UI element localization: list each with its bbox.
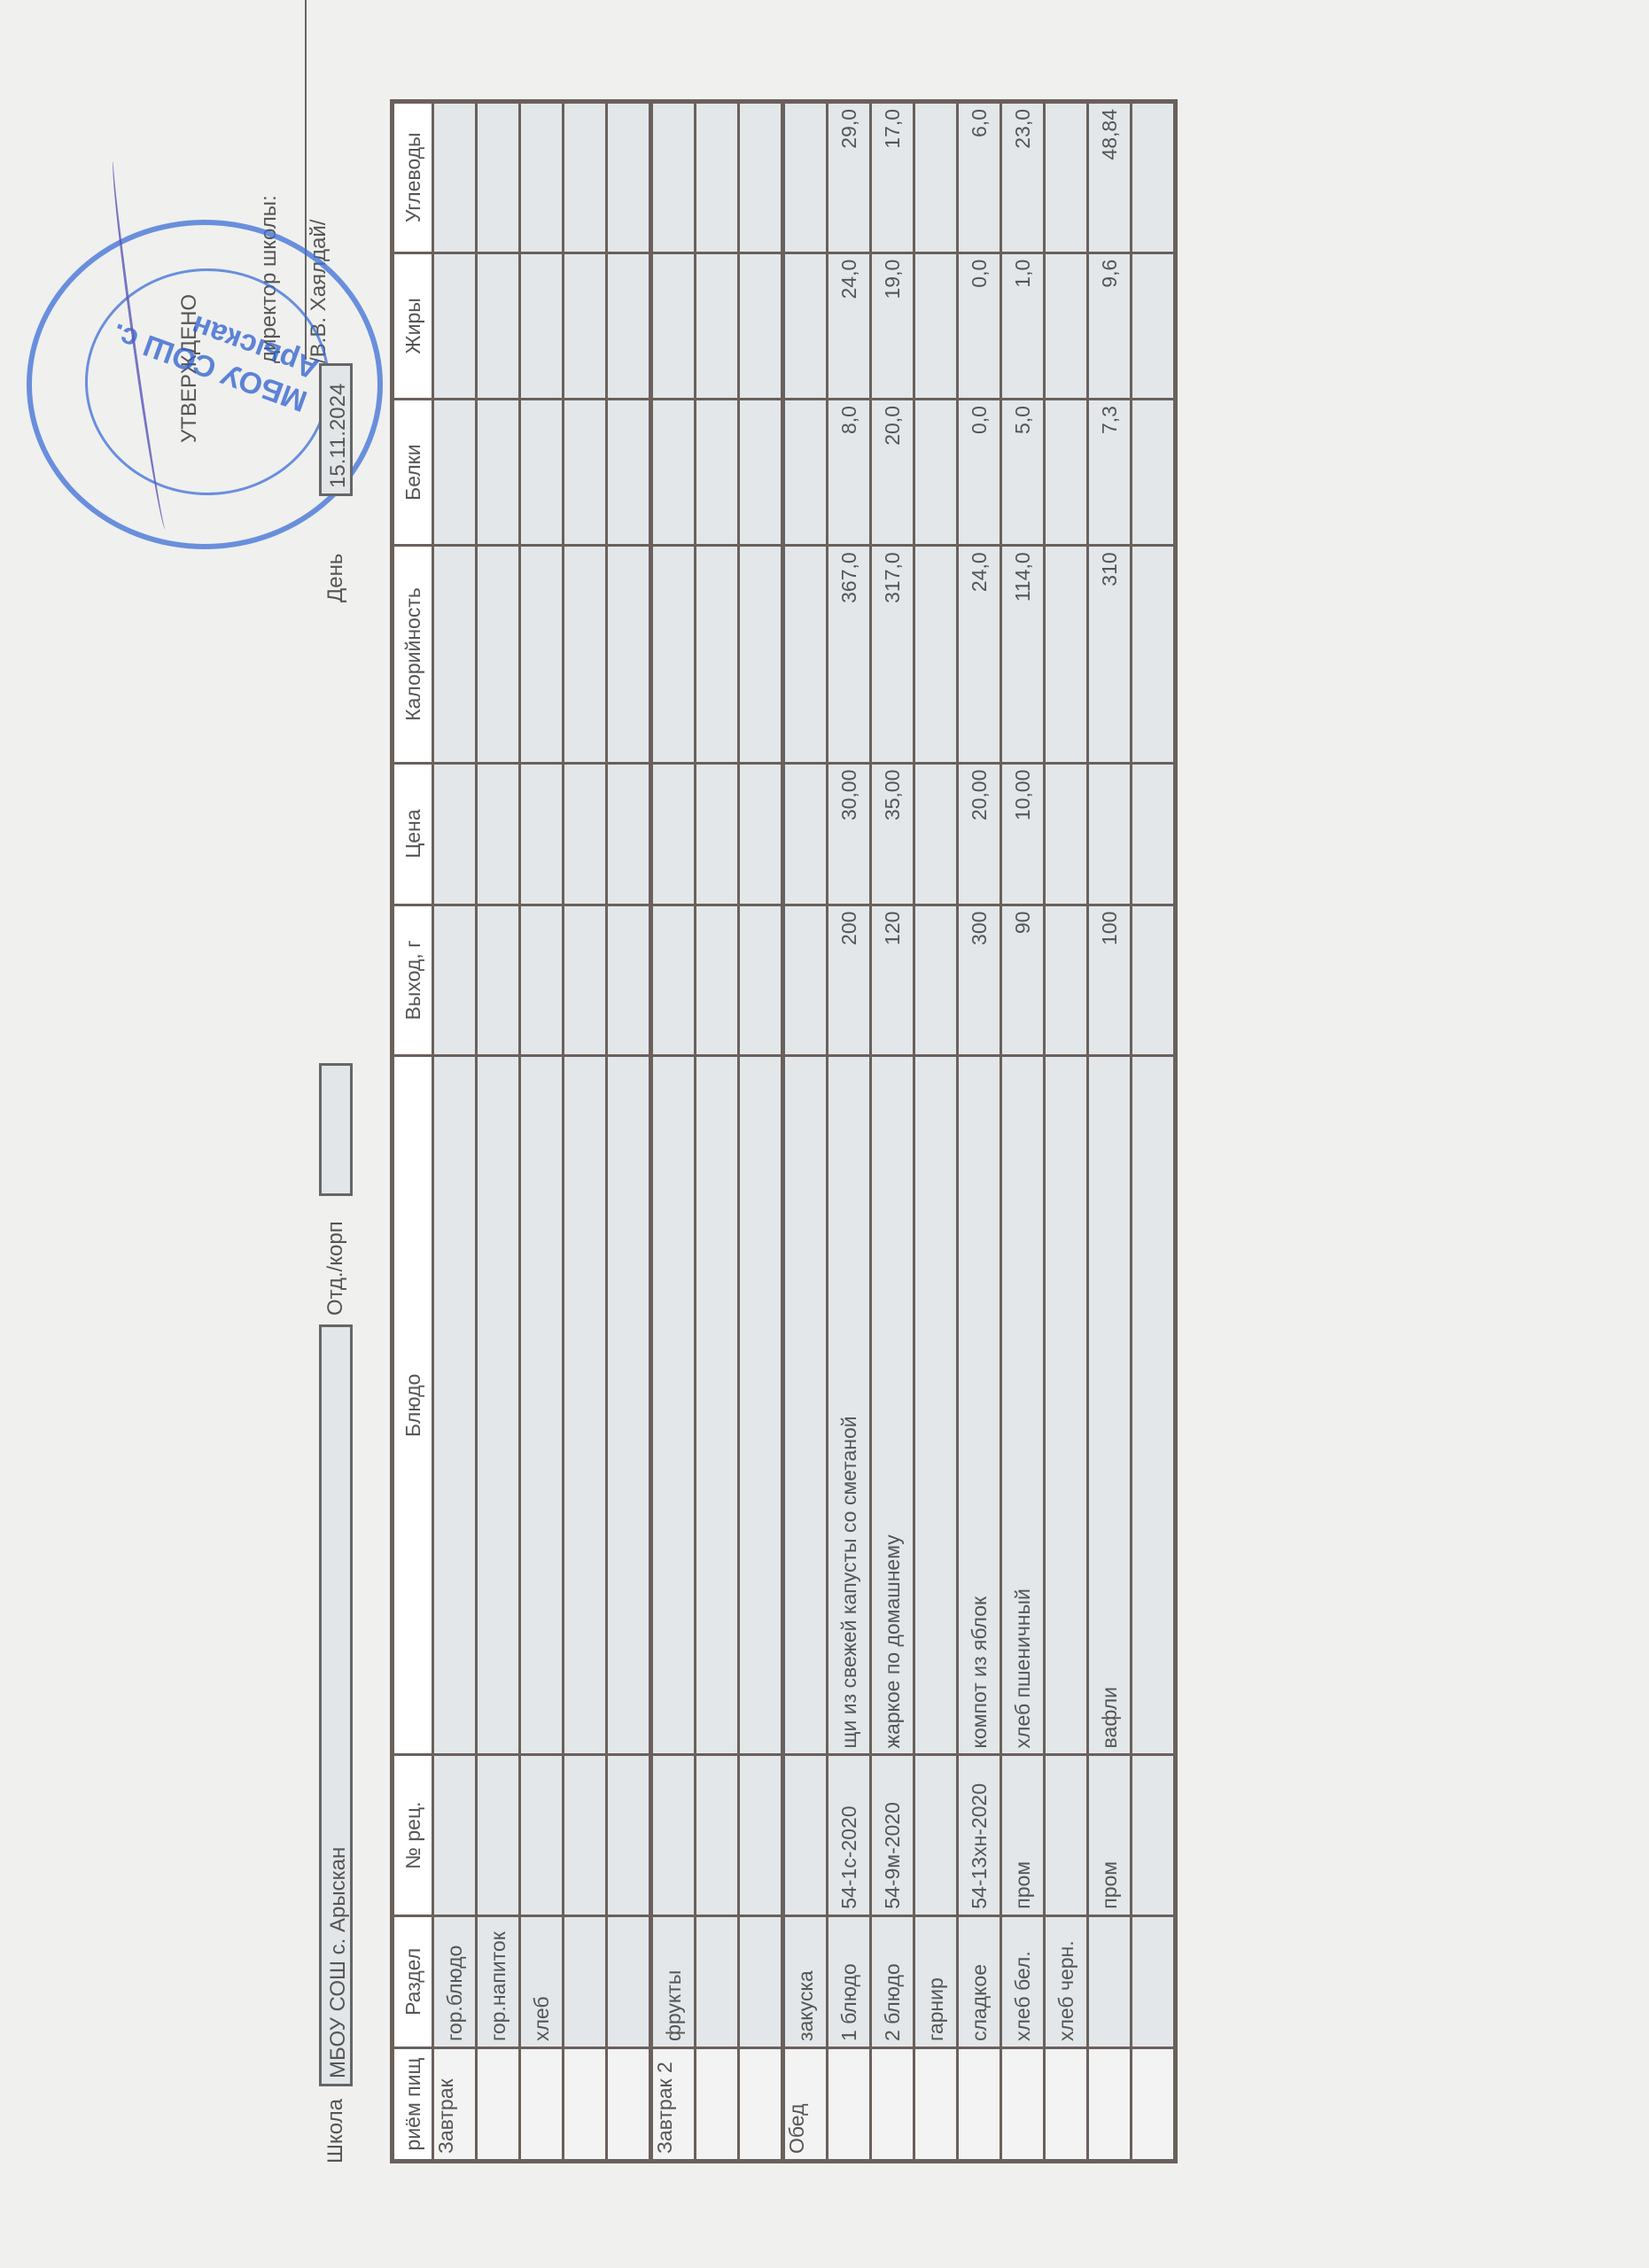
protein-cell[interactable]: 7,3 — [1088, 400, 1132, 546]
branch-label: Отд./корп — [323, 1221, 348, 1316]
protein-cell[interactable] — [1045, 400, 1088, 546]
price-cell[interactable] — [477, 763, 520, 905]
table-row: сладкое54-13хн-2020компот из яблок30020,… — [958, 102, 1001, 2162]
recipe-cell[interactable] — [783, 1755, 828, 1915]
price-cell[interactable]: 35,00 — [871, 763, 914, 905]
dish-cell[interactable] — [696, 1056, 739, 1755]
column-header: Жиры — [393, 252, 433, 399]
price-cell[interactable] — [783, 763, 828, 905]
section-cell[interactable]: фрукты — [651, 1915, 696, 2047]
meal-cell: Завтрак — [433, 2048, 477, 2162]
price-cell[interactable]: 30,00 — [828, 763, 871, 905]
kcal-cell[interactable]: 114,0 — [1001, 546, 1045, 763]
dish-cell[interactable] — [914, 1056, 958, 1755]
recipe-cell[interactable]: 54-9м-2020 — [871, 1755, 914, 1915]
section-cell[interactable] — [739, 1915, 783, 2047]
yield-cell[interactable]: 300 — [958, 905, 1001, 1056]
section-cell[interactable] — [564, 1915, 607, 2047]
kcal-cell[interactable] — [564, 546, 607, 763]
recipe-cell[interactable] — [1132, 1755, 1176, 1915]
kcal-cell[interactable]: 367,0 — [828, 546, 871, 763]
recipe-cell[interactable] — [739, 1755, 783, 1915]
kcal-cell[interactable] — [914, 546, 958, 763]
table-row — [696, 102, 739, 2162]
carbs-cell[interactable] — [783, 102, 828, 253]
column-header: Блюдо — [393, 1056, 433, 1755]
carbs-cell[interactable] — [914, 102, 958, 253]
kcal-cell[interactable]: 310 — [1088, 546, 1132, 763]
price-cell[interactable] — [696, 763, 739, 905]
section-cell[interactable]: 1 блюдо — [828, 1915, 871, 2047]
section-cell[interactable]: гарнир — [914, 1915, 958, 2047]
column-header: № рец. — [393, 1755, 433, 1915]
fat-cell[interactable] — [607, 252, 651, 399]
section-cell[interactable] — [1088, 1915, 1132, 2047]
fat-cell[interactable] — [1045, 252, 1088, 399]
yield-cell[interactable] — [1132, 905, 1176, 1056]
kcal-cell[interactable] — [433, 546, 477, 763]
fat-cell[interactable]: 19,0 — [871, 252, 914, 399]
price-cell[interactable] — [1045, 763, 1088, 905]
price-cell[interactable] — [739, 763, 783, 905]
recipe-cell[interactable] — [914, 1755, 958, 1915]
yield-cell[interactable] — [433, 905, 477, 1056]
section-cell[interactable] — [607, 1915, 651, 2047]
protein-cell[interactable] — [607, 400, 651, 546]
kcal-cell[interactable] — [1045, 546, 1088, 763]
price-cell[interactable]: 20,00 — [958, 763, 1001, 905]
dish-cell[interactable] — [783, 1056, 828, 1755]
table-row: 1 блюдо54-1с-2020щи из свежей капусты со… — [828, 102, 871, 2162]
section-cell[interactable]: сладкое — [958, 1915, 1001, 2047]
carbs-cell[interactable] — [651, 102, 696, 253]
kcal-cell[interactable] — [477, 546, 520, 763]
yield-cell[interactable] — [520, 905, 564, 1056]
table-row: хлеб — [520, 102, 564, 2162]
carbs-cell[interactable] — [433, 102, 477, 253]
carbs-cell[interactable]: 23,0 — [1001, 102, 1045, 253]
dish-cell[interactable]: щи из свежей капусты со сметаной — [828, 1056, 871, 1755]
protein-cell[interactable]: 0,0 — [958, 400, 1001, 546]
yield-cell[interactable] — [696, 905, 739, 1056]
meal-cell — [914, 2048, 958, 2162]
meal-cell — [607, 2048, 651, 2162]
table-row: хлеб бел.промхлеб пшеничный9010,00114,05… — [1001, 102, 1045, 2162]
dish-cell[interactable] — [1045, 1056, 1088, 1755]
recipe-cell[interactable] — [520, 1755, 564, 1915]
price-cell[interactable] — [1088, 763, 1132, 905]
table-row: Завтрак 2фрукты — [651, 102, 696, 2162]
section-cell[interactable]: хлеб бел. — [1001, 1915, 1045, 2047]
yield-cell[interactable] — [477, 905, 520, 1056]
meal-cell — [1001, 2048, 1045, 2162]
dish-cell[interactable]: хлеб пшеничный — [1001, 1056, 1045, 1755]
recipe-cell[interactable]: пром — [1001, 1755, 1045, 1915]
yield-cell[interactable] — [1045, 905, 1088, 1056]
kcal-cell[interactable] — [651, 546, 696, 763]
dish-cell[interactable] — [1132, 1056, 1176, 1755]
carbs-cell[interactable] — [477, 102, 520, 253]
recipe-cell[interactable] — [607, 1755, 651, 1915]
table-row: гор.напиток — [477, 102, 520, 2162]
price-cell[interactable] — [914, 763, 958, 905]
carbs-cell[interactable]: 17,0 — [871, 102, 914, 253]
fat-cell[interactable]: 9,6 — [1088, 252, 1132, 399]
document-sheet: УТВЕРЖДЕНО директор школы:/В.В. Хаялдай/… — [0, 0, 1649, 2268]
yield-cell[interactable]: 200 — [828, 905, 871, 1056]
recipe-cell[interactable] — [564, 1755, 607, 1915]
kcal-cell[interactable]: 317,0 — [871, 546, 914, 763]
meal-cell — [1088, 2048, 1132, 2162]
meal-cell — [871, 2048, 914, 2162]
section-cell[interactable]: гор.напиток — [477, 1915, 520, 2047]
fat-cell[interactable]: 24,0 — [828, 252, 871, 399]
kcal-cell[interactable] — [696, 546, 739, 763]
carbs-cell[interactable]: 48,84 — [1088, 102, 1132, 253]
price-cell[interactable] — [433, 763, 477, 905]
fat-cell[interactable] — [739, 252, 783, 399]
table-row — [1132, 102, 1176, 2162]
dish-cell[interactable] — [564, 1056, 607, 1755]
meal-cell — [477, 2048, 520, 2162]
recipe-cell[interactable]: 54-1с-2020 — [828, 1755, 871, 1915]
day-field[interactable]: 15.11.2024 — [319, 363, 353, 496]
recipe-cell[interactable] — [433, 1755, 477, 1915]
meal-cell: Завтрак 2 — [651, 2048, 696, 2162]
day-label: День — [323, 554, 348, 602]
price-cell[interactable] — [651, 763, 696, 905]
column-header: Углеводы — [393, 102, 433, 253]
carbs-cell[interactable]: 29,0 — [828, 102, 871, 253]
yield-cell[interactable]: 90 — [1001, 905, 1045, 1056]
fat-cell[interactable] — [433, 252, 477, 399]
fat-cell[interactable] — [1132, 252, 1176, 399]
protein-cell[interactable] — [783, 400, 828, 546]
meal-cell — [564, 2048, 607, 2162]
meal-cell — [1132, 2048, 1176, 2162]
carbs-cell[interactable] — [1045, 102, 1088, 253]
fat-cell[interactable] — [651, 252, 696, 399]
protein-cell[interactable] — [696, 400, 739, 546]
dish-cell[interactable] — [433, 1056, 477, 1755]
carbs-cell[interactable] — [607, 102, 651, 253]
table-row: Обедзакуска — [783, 102, 828, 2162]
protein-cell[interactable]: 5,0 — [1001, 400, 1045, 546]
protein-cell[interactable] — [739, 400, 783, 546]
fat-cell[interactable] — [564, 252, 607, 399]
section-cell[interactable] — [1132, 1915, 1176, 2047]
fat-cell[interactable] — [477, 252, 520, 399]
yield-cell[interactable] — [914, 905, 958, 1056]
protein-cell[interactable] — [477, 400, 520, 546]
dish-cell[interactable]: жаркое по домашнему — [871, 1056, 914, 1755]
dish-cell[interactable] — [651, 1056, 696, 1755]
yield-cell[interactable]: 100 — [1088, 905, 1132, 1056]
meal-cell — [1045, 2048, 1088, 2162]
recipe-cell[interactable] — [696, 1755, 739, 1915]
price-cell[interactable] — [520, 763, 564, 905]
table-row: Завтракгор.блюдо — [433, 102, 477, 2162]
dish-cell[interactable]: компот из яблок — [958, 1056, 1001, 1755]
recipe-cell[interactable] — [477, 1755, 520, 1915]
yield-cell[interactable] — [651, 905, 696, 1056]
protein-cell[interactable] — [520, 400, 564, 546]
kcal-cell[interactable] — [607, 546, 651, 763]
recipe-cell[interactable] — [651, 1755, 696, 1915]
protein-cell[interactable] — [651, 400, 696, 546]
yield-cell[interactable] — [564, 905, 607, 1056]
carbs-cell[interactable] — [520, 102, 564, 253]
yield-cell[interactable]: 120 — [871, 905, 914, 1056]
meal-cell — [828, 2048, 871, 2162]
section-cell[interactable]: 2 блюдо — [871, 1915, 914, 2047]
column-header: риём пищ — [393, 2048, 433, 2162]
recipe-cell[interactable]: 54-13хн-2020 — [958, 1755, 1001, 1915]
protein-cell[interactable] — [1132, 400, 1176, 546]
fat-cell[interactable] — [696, 252, 739, 399]
table-row — [607, 102, 651, 2162]
meal-cell: Обед — [783, 2048, 828, 2162]
section-cell[interactable]: закуска — [783, 1915, 828, 2047]
table-row: промвафли1003107,39,648,84 — [1088, 102, 1132, 2162]
branch-field[interactable] — [319, 1063, 353, 1196]
section-cell[interactable]: хлеб черн. — [1045, 1915, 1088, 2047]
dish-cell[interactable]: вафли — [1088, 1056, 1132, 1755]
carbs-cell[interactable] — [696, 102, 739, 253]
section-cell[interactable]: хлеб — [520, 1915, 564, 2047]
kcal-cell[interactable] — [739, 546, 783, 763]
dish-cell[interactable] — [477, 1056, 520, 1755]
yield-cell[interactable] — [783, 905, 828, 1056]
menu-table: риём пищРаздел№ рец.БлюдоВыход, гЦенаКал… — [390, 99, 1178, 2163]
protein-cell[interactable] — [914, 400, 958, 546]
meal-cell — [739, 2048, 783, 2162]
protein-cell[interactable] — [433, 400, 477, 546]
meal-cell — [696, 2048, 739, 2162]
kcal-cell[interactable]: 24,0 — [958, 546, 1001, 763]
dish-cell[interactable] — [607, 1056, 651, 1755]
recipe-cell[interactable]: пром — [1088, 1755, 1132, 1915]
column-header: Цена — [393, 763, 433, 905]
carbs-cell[interactable] — [1132, 102, 1176, 253]
column-header: Калорийность — [393, 546, 433, 763]
price-cell[interactable] — [1132, 763, 1176, 905]
protein-cell[interactable]: 8,0 — [828, 400, 871, 546]
kcal-cell[interactable] — [1132, 546, 1176, 763]
price-cell[interactable] — [607, 763, 651, 905]
yield-cell[interactable] — [739, 905, 783, 1056]
yield-cell[interactable] — [607, 905, 651, 1056]
school-label: Школа — [323, 2099, 348, 2163]
fat-cell[interactable] — [914, 252, 958, 399]
table-header-row: риём пищРаздел№ рец.БлюдоВыход, гЦенаКал… — [393, 102, 433, 2162]
carbs-cell[interactable]: 6,0 — [958, 102, 1001, 253]
dish-cell[interactable] — [739, 1056, 783, 1755]
recipe-cell[interactable] — [1045, 1755, 1088, 1915]
table-row: 2 блюдо54-9м-2020жаркое по домашнему1203… — [871, 102, 914, 2162]
meal-cell — [958, 2048, 1001, 2162]
carbs-cell[interactable] — [564, 102, 607, 253]
section-cell[interactable] — [696, 1915, 739, 2047]
fat-cell[interactable]: 1,0 — [1001, 252, 1045, 399]
protein-cell[interactable]: 20,0 — [871, 400, 914, 546]
dish-cell[interactable] — [520, 1056, 564, 1755]
table-row: гарнир — [914, 102, 958, 2162]
school-field[interactable]: МБОУ СОШ с. Арыскан — [319, 1324, 353, 2086]
column-header: Выход, г — [393, 905, 433, 1056]
column-header: Раздел — [393, 1915, 433, 2047]
section-cell[interactable]: гор.блюдо — [433, 1915, 477, 2047]
meal-cell — [520, 2048, 564, 2162]
price-cell[interactable]: 10,00 — [1001, 763, 1045, 905]
fat-cell[interactable]: 0,0 — [958, 252, 1001, 399]
carbs-cell[interactable] — [739, 102, 783, 253]
fat-cell[interactable] — [783, 252, 828, 399]
fat-cell[interactable] — [520, 252, 564, 399]
table-row — [739, 102, 783, 2162]
column-header: Белки — [393, 400, 433, 546]
protein-cell[interactable] — [564, 400, 607, 546]
price-cell[interactable] — [564, 763, 607, 905]
table-row — [564, 102, 607, 2162]
kcal-cell[interactable] — [520, 546, 564, 763]
kcal-cell[interactable] — [783, 546, 828, 763]
table-row: хлеб черн. — [1045, 102, 1088, 2162]
